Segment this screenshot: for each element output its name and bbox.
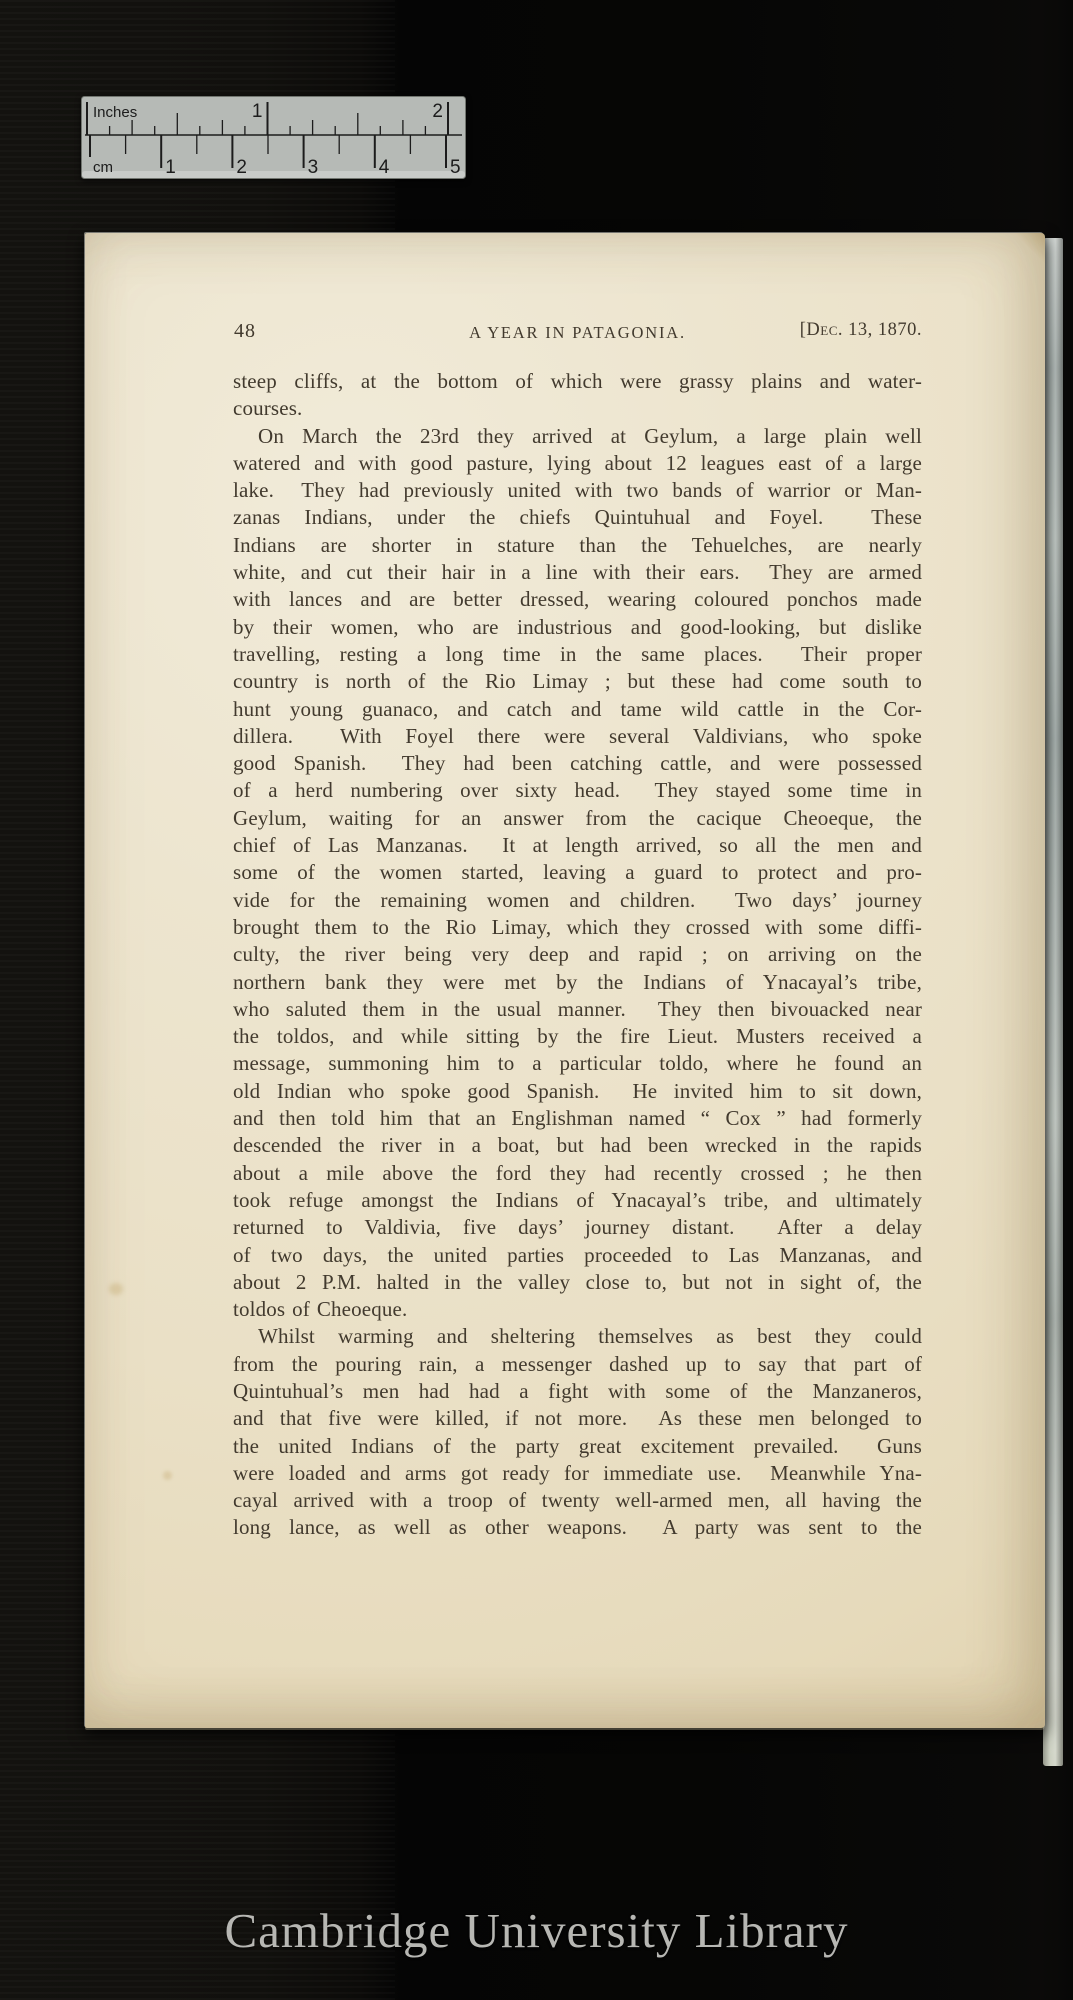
text-line: northern bank they were met by the India… <box>233 969 922 996</box>
text-line: cayal arrived with a troop of twenty wel… <box>233 1487 922 1514</box>
paper-stain <box>109 1283 123 1295</box>
text-line: country is north of the Rio Limay ; but … <box>233 668 922 695</box>
text-line: and then told him that an Englishman nam… <box>233 1105 922 1132</box>
svg-text:2: 2 <box>236 157 247 178</box>
text-line: zanas Indians, under the chiefs Quintuhu… <box>233 504 922 531</box>
text-line: long lance, as well as other weapons. A … <box>233 1514 922 1541</box>
text-line: brought them to the Rio Limay, which the… <box>233 914 922 941</box>
page-edge-strip <box>1043 238 1063 1766</box>
text-line: took refuge amongst the Indians of Ynaca… <box>233 1187 922 1214</box>
text-line: courses. <box>233 395 922 422</box>
text-line: dillera. With Foyel there were several V… <box>233 723 922 750</box>
paper-stain <box>163 1471 172 1480</box>
text-line: toldos of Cheoeque. <box>233 1296 922 1323</box>
text-line: vide for the remaining women and childre… <box>233 887 922 914</box>
page-header: 48 A YEAR IN PATAGONIA. [Dec. 13, 1870. <box>233 319 922 347</box>
svg-text:cm: cm <box>93 159 113 176</box>
svg-text:Inches: Inches <box>93 104 137 121</box>
text-line: and that five were killed, if not more. … <box>233 1405 922 1432</box>
text-line: from the pouring rain, a messenger dashe… <box>233 1351 922 1378</box>
text-line: the toldos, and while sitting by the fir… <box>233 1023 922 1050</box>
text-line: who saluted them in the usual manner. Th… <box>233 996 922 1023</box>
svg-text:4: 4 <box>379 157 390 178</box>
text-line: hunt young guanaco, and catch and tame w… <box>233 696 922 723</box>
text-line: good Spanish. They had been catching cat… <box>233 750 922 777</box>
text-line: descended the river in a boat, but had b… <box>233 1132 922 1159</box>
scan-canvas: 12Inches12345cm 48 A YEAR IN PATAGONIA. … <box>0 0 1073 2000</box>
text-line: Geylum, waiting for an answer from the c… <box>233 805 922 832</box>
text-line: the united Indians of the party great ex… <box>233 1433 922 1460</box>
ruler: 12Inches12345cm <box>81 96 466 179</box>
text-line: about a mile above the ford they had rec… <box>233 1160 922 1187</box>
text-line: some of the women started, leaving a gua… <box>233 859 922 886</box>
header-date: [Dec. 13, 1870. <box>800 320 922 341</box>
svg-text:5: 5 <box>450 157 461 178</box>
text-line: Quintuhual’s men had had a fight with so… <box>233 1378 922 1405</box>
svg-text:3: 3 <box>308 157 319 178</box>
text-line: old Indian who spoke good Spanish. He in… <box>233 1078 922 1105</box>
svg-text:1: 1 <box>165 157 176 178</box>
library-watermark: Cambridge University Library <box>0 1902 1073 1959</box>
text-line: returned to Valdivia, five days’ journey… <box>233 1214 922 1241</box>
text-line: On March the 23rd they arrived at Geylum… <box>233 423 922 450</box>
text-line: steep cliffs, at the bottom of which wer… <box>233 368 922 395</box>
text-line: by their women, who are industrious and … <box>233 614 922 641</box>
text-line: about 2 P.M. halted in the valley close … <box>233 1269 922 1296</box>
page-text: steep cliffs, at the bottom of which wer… <box>233 368 922 1542</box>
text-line: white, and cut their hair in a line with… <box>233 559 922 586</box>
text-line: Whilst warming and sheltering themselves… <box>233 1323 922 1350</box>
text-line: of a herd numbering over sixty head. The… <box>233 777 922 804</box>
text-line: culty, the river being very deep and rap… <box>233 941 922 968</box>
text-line: with lances and are better dressed, wear… <box>233 586 922 613</box>
svg-text:1: 1 <box>252 101 263 122</box>
svg-text:2: 2 <box>432 101 443 122</box>
text-line: were loaded and arms got ready for immed… <box>233 1460 922 1487</box>
text-line: lake. They had previously united with tw… <box>233 477 922 504</box>
text-line: message, summoning him to a particular t… <box>233 1050 922 1077</box>
text-line: watered and with good pasture, lying abo… <box>233 450 922 477</box>
text-line: travelling, resting a long time in the s… <box>233 641 922 668</box>
ruler-graphic: 12Inches12345cm <box>81 96 466 179</box>
text-line: chief of Las Manzanas. It at length arri… <box>233 832 922 859</box>
text-line: Indians are shorter in stature than the … <box>233 532 922 559</box>
book-page: 48 A YEAR IN PATAGONIA. [Dec. 13, 1870. … <box>85 233 1045 1728</box>
text-line: of two days, the united parties proceede… <box>233 1242 922 1269</box>
